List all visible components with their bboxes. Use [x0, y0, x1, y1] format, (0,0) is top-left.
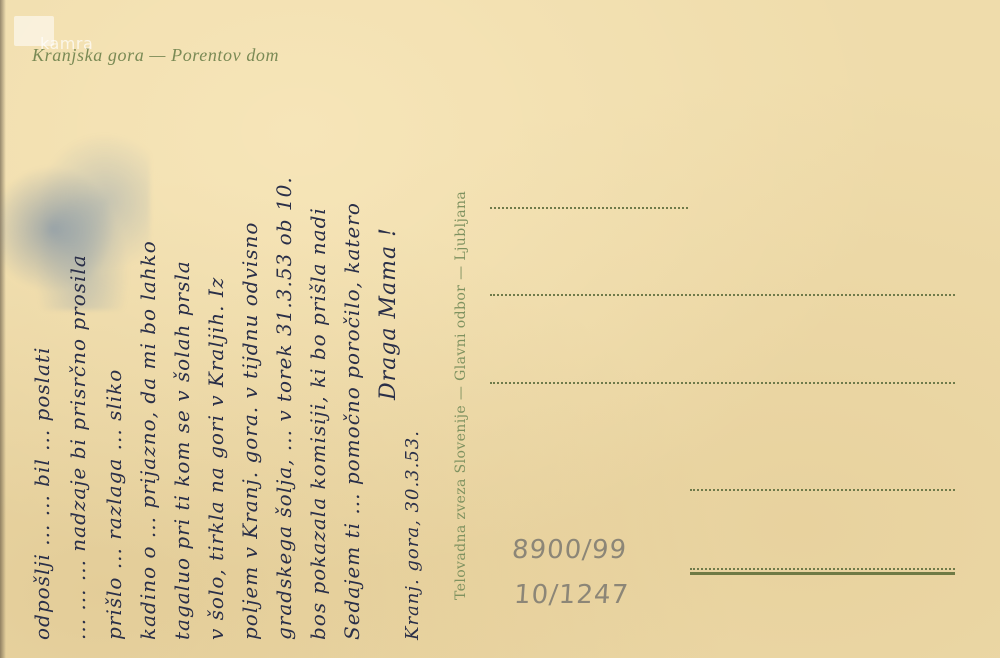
handwritten-line: odpošlji ... ... bil ... poslati	[30, 347, 54, 640]
postcard-caption: Kranjska gora — Porentov dom	[32, 45, 279, 66]
postcard-back: kamra Kranjska gora — Porentov dom Telov…	[0, 0, 1000, 658]
handwritten-line: poljem v Kranj. gora. v tijdnu odvisno	[238, 222, 262, 640]
handwritten-line: ... ... ... nadzaje bi prisrčno prosila	[66, 254, 90, 640]
address-line-5	[690, 568, 955, 570]
handwritten-line: kadino o ... prijazno, da mi bo lahko	[136, 240, 160, 640]
scan-edge-shadow	[0, 0, 6, 658]
handwritten-line: tagaluo pri ti kom se v šolah prsla	[170, 260, 194, 640]
handwritten-line: bos pokazala komisiji, ki bo prišla nadi	[306, 207, 330, 640]
address-line-1	[490, 207, 688, 209]
handwritten-line: Sedajem ti ... pomočno poročilo, katero	[340, 202, 364, 640]
publisher-imprint: Telovadna zveza Slovenije — Glavni odbor…	[453, 191, 469, 600]
handwritten-line: gradskega šolja, ... v torek 31.3.53 ob …	[272, 176, 296, 640]
handwritten-line: v šolo, tirkla na gori v Kraljih. Iz	[204, 277, 228, 640]
address-line-4	[690, 489, 955, 491]
handwritten-salutation: Draga Mama !	[376, 227, 401, 400]
address-underline	[690, 572, 955, 575]
address-line-3	[490, 382, 955, 384]
archive-number-1: 8900/99	[511, 535, 628, 565]
address-line-2	[490, 294, 955, 296]
handwritten-line: prišlo ... razlaga ... sliko	[102, 369, 126, 640]
archive-number-2: 10/1247	[513, 580, 630, 610]
handwritten-place-date: Kranj. gora, 30.3.53.	[402, 430, 423, 640]
